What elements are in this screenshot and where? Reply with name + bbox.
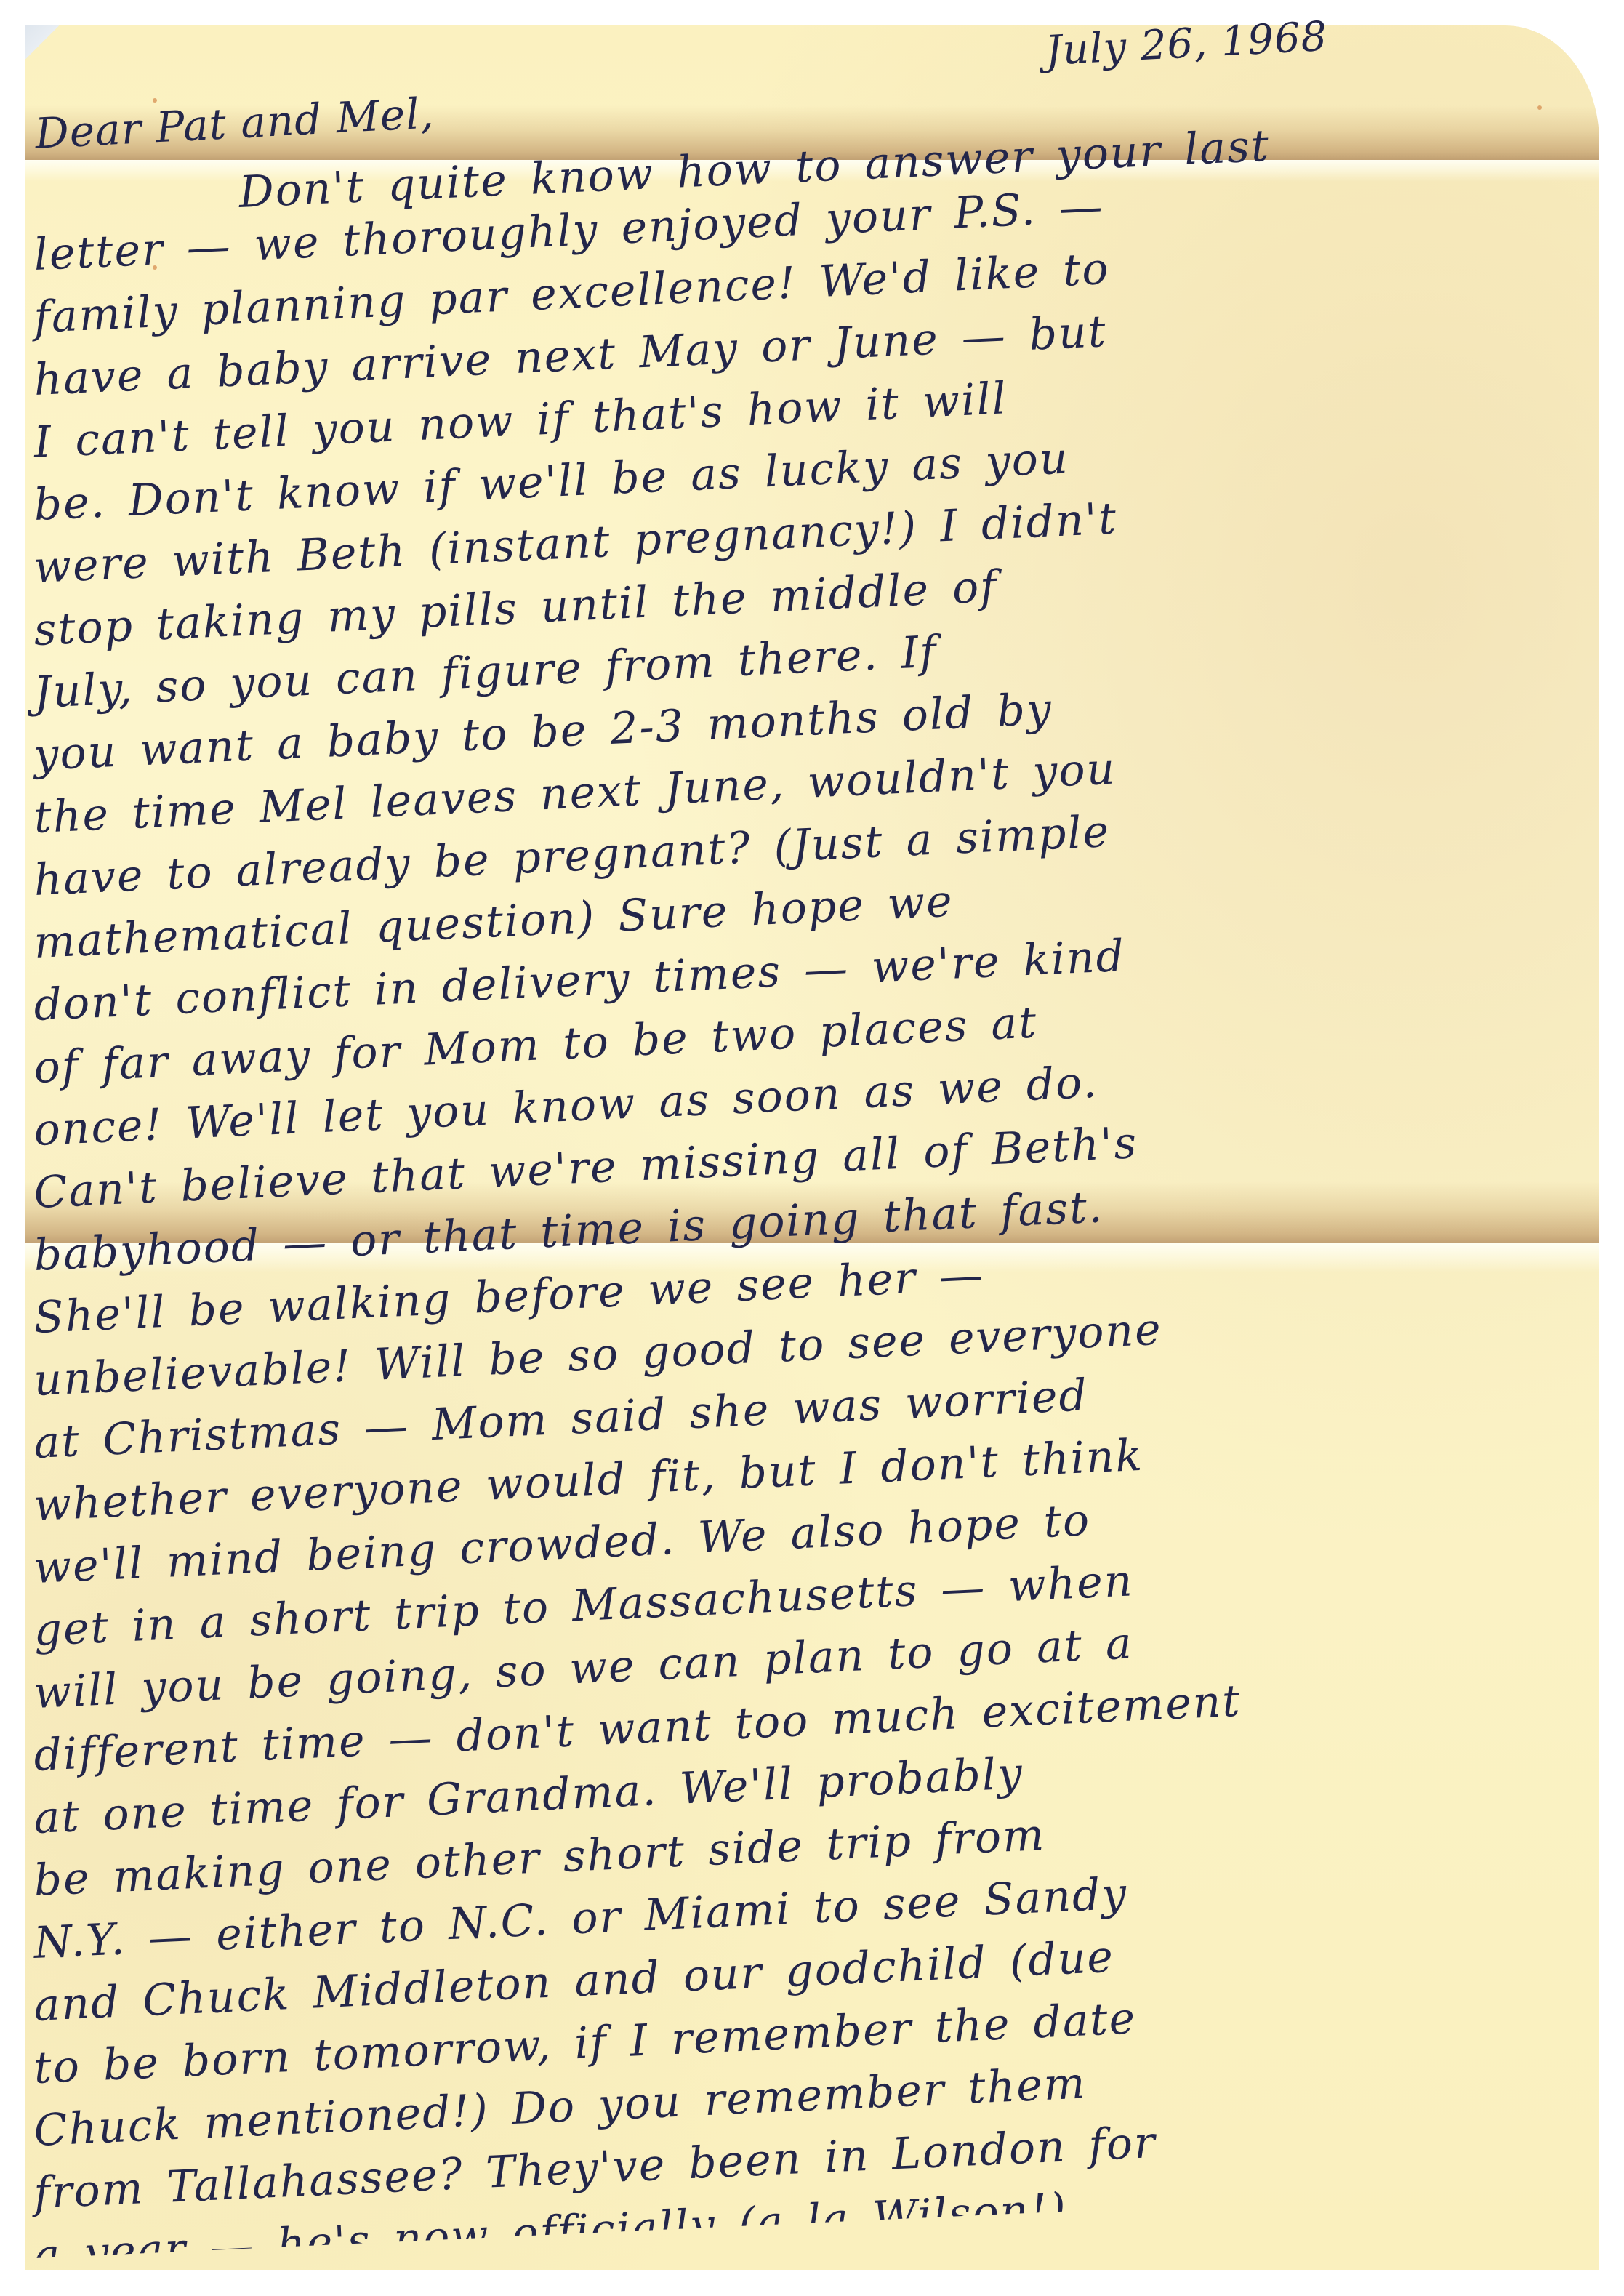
letter-body: Don't quite know how to answer your last…	[0, 0, 1624, 2296]
scan-background-bottom	[0, 2270, 1624, 2296]
